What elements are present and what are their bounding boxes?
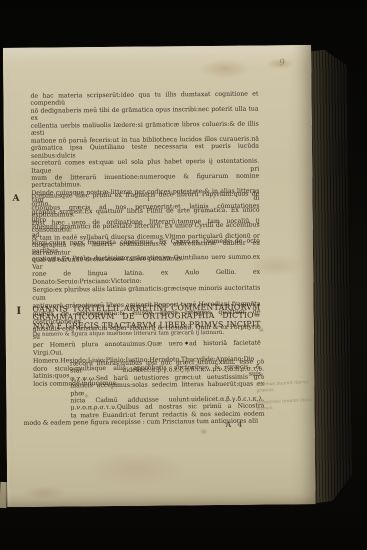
- quire-signature: A 4: [226, 420, 243, 429]
- marginal-note-nicostrata: Nicostrata inuenit literaslatinas.: [256, 398, 317, 413]
- paragraph-greek-alphabet: ræcorū litteras:quibus ipsi nūc græci ut…: [23, 359, 265, 428]
- marginal-note-cadmus: Cadmus inuenit literasgræcas.: [256, 380, 317, 395]
- printer-ornament: ◆: [185, 341, 189, 346]
- heading-initial-i: I: [16, 306, 21, 317]
- folio-number-handwritten: 9: [279, 58, 286, 68]
- book-photograph: 9 de hac materia scripserūt:ideo qua tu …: [0, 0, 367, 550]
- margin-initial-a: A: [12, 194, 19, 204]
- incipit-heading: OANNIS TORTELLII ARRETINI COMMENTARIORVM…: [32, 304, 260, 331]
- book-page: 9 de hac materia scripserūt:ideo qua tu …: [3, 45, 315, 507]
